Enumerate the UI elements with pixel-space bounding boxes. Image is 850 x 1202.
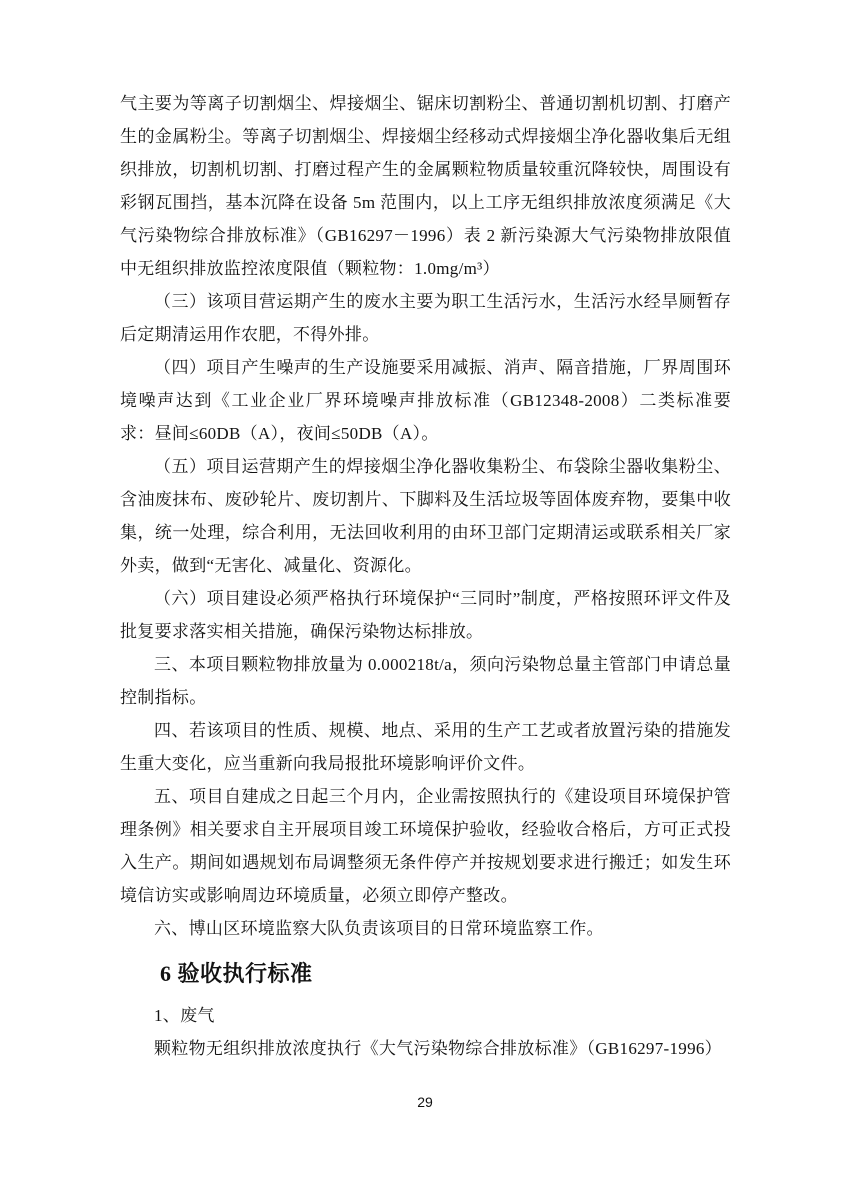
paragraph: （六）项目建设必须严格执行环境保护“三同时”制度，严格按照环评文件及批复要求落实…: [120, 582, 731, 648]
section-heading: 6 验收执行标准: [160, 959, 731, 989]
paragraph: 五、项目自建成之日起三个月内，企业需按照执行的《建设项目环境保护管理条例》相关要…: [120, 780, 731, 912]
paragraph: （四）项目产生噪声的生产设施要采用减振、消声、隔音措施，厂界周围环境噪声达到《工…: [120, 351, 731, 450]
document-page: 气主要为等离子切割烟尘、焊接烟尘、锯床切割粉尘、普通切割机切割、打磨产生的金属粉…: [0, 0, 850, 1202]
paragraph: 气主要为等离子切割烟尘、焊接烟尘、锯床切割粉尘、普通切割机切割、打磨产生的金属粉…: [120, 87, 731, 285]
paragraph: 四、若该项目的性质、规模、地点、采用的生产工艺或者放置污染的措施发生重大变化，应…: [120, 714, 731, 780]
paragraph: （五）项目运营期产生的焊接烟尘净化器收集粉尘、布袋除尘器收集粉尘、含油废抹布、废…: [120, 450, 731, 582]
paragraph: 颗粒物无组织排放浓度执行《大气污染物综合排放标准》（GB16297-1996）: [120, 1032, 731, 1065]
paragraph: 六、博山区环境监察大队负责该项目的日常环境监察工作。: [120, 912, 731, 945]
paragraph: 1、废气: [120, 999, 731, 1032]
page-number: 29: [0, 1094, 850, 1110]
document-body: 气主要为等离子切割烟尘、焊接烟尘、锯床切割粉尘、普通切割机切割、打磨产生的金属粉…: [120, 87, 731, 1065]
paragraph: （三）该项目营运期产生的废水主要为职工生活污水，生活污水经旱厕暂存后定期清运用作…: [120, 285, 731, 351]
paragraph: 三、本项目颗粒物排放量为 0.000218t/a，须向污染物总量主管部门申请总量…: [120, 648, 731, 714]
